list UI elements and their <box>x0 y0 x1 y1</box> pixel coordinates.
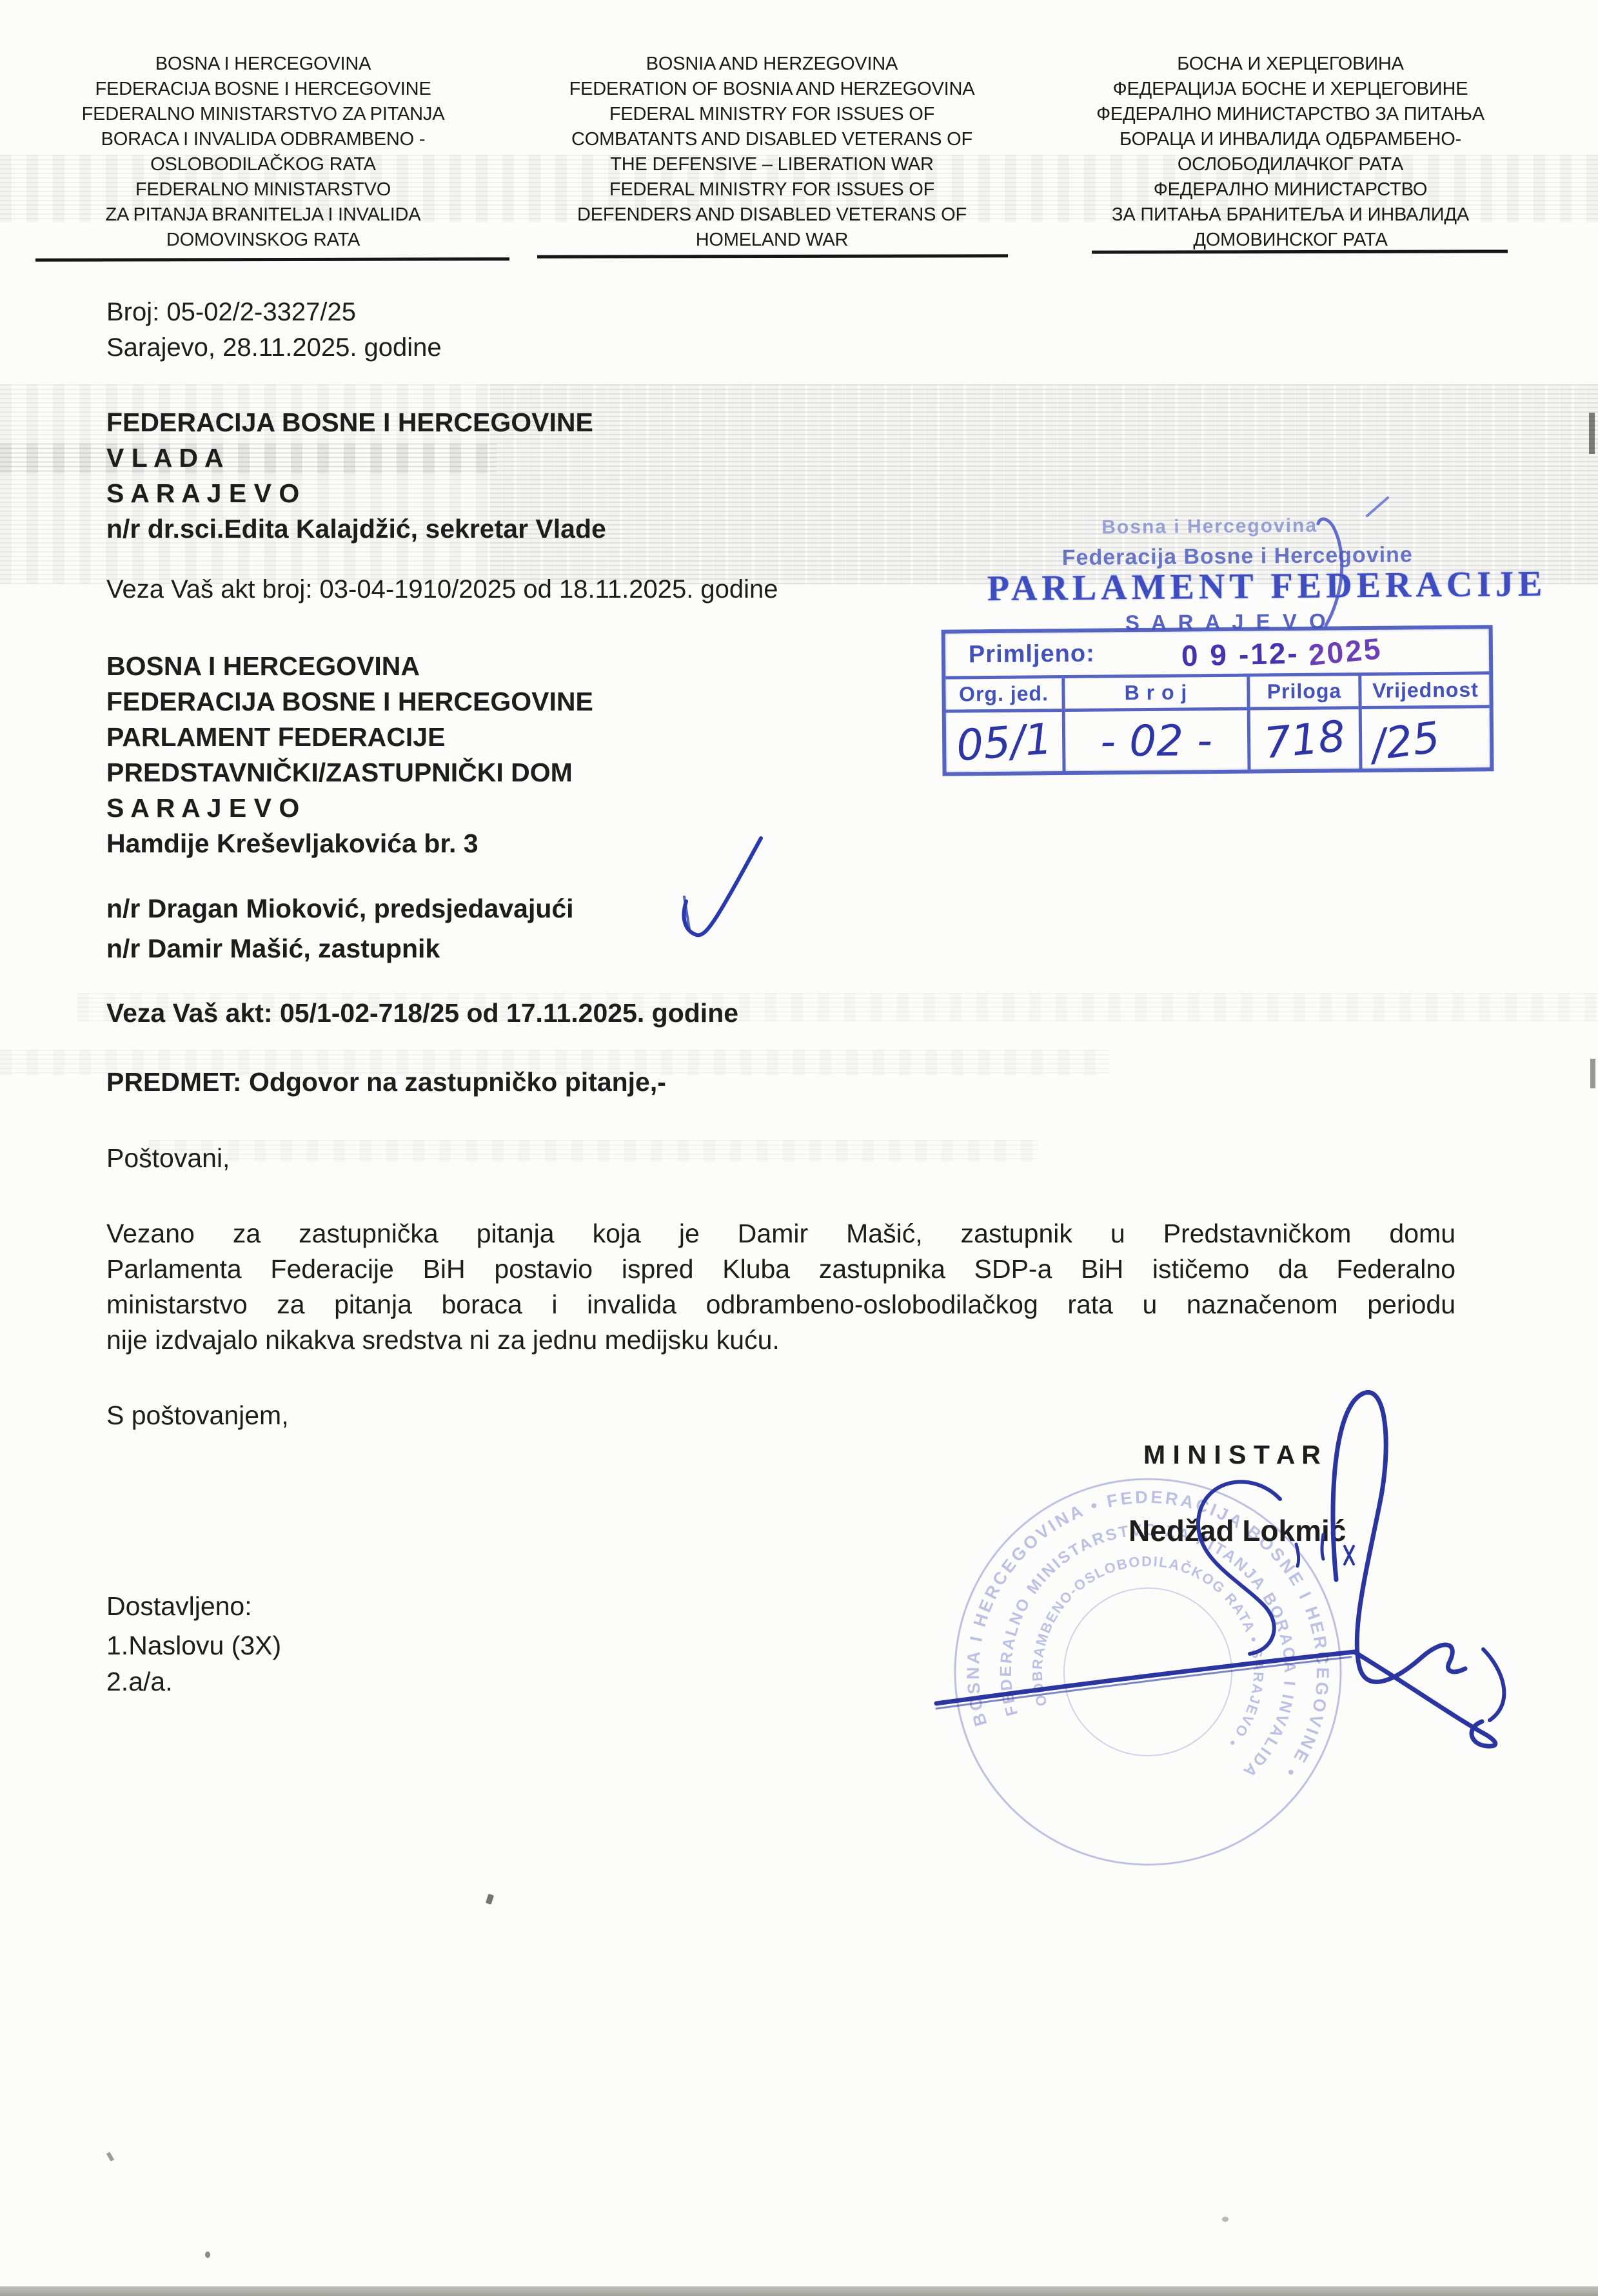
received-stamp-title: PARLAMENT FEDERACIJE <box>987 564 1547 610</box>
text-line: ФЕДЕРАЦИЈА БОСНЕ И ХЕРЦЕГОВИНЕ <box>1063 77 1518 102</box>
pen-mark <box>1303 490 1406 638</box>
letterhead-rule <box>35 257 509 262</box>
scan-noise-band <box>148 1140 1038 1162</box>
text-line: ZA PITANJA BRANITELJA I INVALIDA <box>31 202 495 228</box>
scan-edge-artifact <box>1590 1059 1595 1088</box>
place-and-date: Sarajevo, 28.11.2025. godine <box>106 333 442 362</box>
recipient-parliament-block: BOSNA I HERCEGOVINAFEDERACIJA BOSNE I HE… <box>106 649 593 861</box>
text-line: DOMOVINSKOG RATA <box>31 228 495 253</box>
received-stamp-org-line-1: Bosna i Hercegovina <box>1101 515 1317 539</box>
text-line: FEDERAL MINISTRY FOR ISSUES OF <box>530 177 1014 202</box>
stamp-handwritten-value: 718 <box>1248 705 1361 774</box>
stamp-column-header: B r o j <box>1065 677 1247 712</box>
text-line: V L A D A <box>106 440 606 476</box>
text-line: FEDERACIJA BOSNE I HERCEGOVINE <box>106 405 606 440</box>
scan-noise-band <box>490 384 1598 584</box>
stamp-handwritten-value: /25 <box>1359 701 1493 776</box>
text-line: THE DEFENSIVE – LIBERATION WAR <box>530 152 1014 177</box>
text-line: BOSNA I HERCEGOVINA <box>106 649 593 684</box>
subject-line: PREDMET: Odgovor na zastupničko pitanje,… <box>106 1067 666 1097</box>
reference-note-1: Veza Vaš akt broj: 03-04-1910/2025 od 18… <box>106 575 778 604</box>
pen-checkmark <box>671 824 780 947</box>
text-line: FEDERALNO MINISTARSTVO <box>31 177 495 202</box>
scan-speck <box>1222 2217 1228 2222</box>
text-line: n/r dr.sci.Edita Kalajdžić, sekretar Vla… <box>106 511 606 547</box>
letterhead-column-english: BOSNIA AND HERZEGOVINAFEDERATION OF BOSN… <box>530 52 1014 253</box>
distribution-label: Dostavljeno: <box>106 1591 252 1622</box>
text-line: 2.a/a. <box>106 1663 281 1700</box>
stamp-column-header: Org. jed. <box>945 678 1061 713</box>
received-stamp-date-row: Primljeno: 0 9-12-2025 <box>945 629 1490 679</box>
letterhead-column-bosnian: BOSNA I HERCEGOVINAFEDERACIJA BOSNE I HE… <box>31 52 495 253</box>
body-paragraph: Vezano za zastupnička pitanja koja je Da… <box>106 1216 1455 1358</box>
text-line: Vezano za zastupnička pitanja koja je Da… <box>106 1216 1455 1251</box>
text-line: BOSNIA AND HERZEGOVINA <box>530 52 1014 77</box>
text-line: Parlamenta Federacije BiH postavio ispre… <box>106 1251 1455 1287</box>
text-line: БОСНА И ХЕРЦЕГОВИНА <box>1063 52 1518 77</box>
stamp-column-broj: B r o j - 02 - <box>1065 677 1250 771</box>
received-stamp-table: Primljeno: 0 9-12-2025 Org. jed. 05/1 B … <box>942 625 1494 776</box>
text-line: ФЕДЕРАЛНО МИНИСТАРСТВО <box>1063 177 1518 202</box>
text-line: ДОМОВИНСКОГ РАТА <box>1063 228 1518 253</box>
received-date: 0 9-12-2025 <box>1181 633 1382 673</box>
text-line: S A R A J E V O <box>106 476 606 511</box>
reference-note-2: Veza Vaš akt: 05/1-02-718/25 od 17.11.20… <box>106 998 738 1028</box>
attention-lines: n/r Dragan Mioković, predsjedavajućin/r … <box>106 888 574 968</box>
text-line: DEFENDERS AND DISABLED VETERANS OF <box>530 202 1014 228</box>
received-label: Primljeno: <box>969 640 1095 669</box>
text-line: 1.Naslovu (3X) <box>106 1627 281 1663</box>
text-line: HOMELAND WAR <box>530 228 1014 253</box>
text-line: Hamdije Kreševljakovića br. 3 <box>106 826 593 861</box>
text-line: FEDERALNO MINISTARSTVO ZA PITANJA <box>31 102 495 127</box>
text-line: PREDSTAVNIČKI/ZASTUPNIČKI DOM <box>106 755 593 790</box>
stamp-column-priloga: Priloga 718 <box>1250 676 1362 770</box>
scanned-letter-page: BOSNA I HERCEGOVINAFEDERACIJA BOSNE I HE… <box>0 0 1598 2296</box>
scan-speck <box>486 1894 494 1905</box>
scan-bottom-edge <box>0 2286 1598 2296</box>
stamp-handwritten-value: 05/1 <box>944 708 1065 776</box>
text-line: n/r Dragan Mioković, predsjedavajući <box>106 888 574 928</box>
stamp-column-header: Priloga <box>1250 676 1358 710</box>
text-line: FEDERACIJA BOSNE I HERCEGOVINE <box>106 684 593 720</box>
recipient-government-block: FEDERACIJA BOSNE I HERCEGOVINEV L A D AS… <box>106 405 606 547</box>
stamp-handwritten-value: - 02 - <box>1065 711 1248 771</box>
received-stamp-columns: Org. jed. 05/1 B r o j - 02 - Priloga 71… <box>945 674 1490 772</box>
scan-speck <box>106 2152 114 2161</box>
text-line: BOSNA I HERCEGOVINA <box>31 52 495 77</box>
text-line: OSLOBODILAČKOG RATA <box>31 152 495 177</box>
scan-speck <box>205 2252 210 2258</box>
text-line: БОРАЦА И ИНВАЛИДА ОДБРАМБЕНО- <box>1063 127 1518 152</box>
letterhead-rule <box>537 254 1008 259</box>
salutation: Poštovani, <box>106 1143 230 1173</box>
text-line: FEDERACIJA BOSNE I HERCEGOVINE <box>31 77 495 102</box>
text-line: nije izdvajalo nikakva sredstva ni za je… <box>106 1322 1455 1358</box>
stamp-column-vrijednost: Vrijednost /25 <box>1361 674 1490 769</box>
text-line: BORACA I INVALIDA ODBRAMBENO - <box>31 127 495 152</box>
text-line: S A R A J E V O <box>106 790 593 826</box>
text-line: COMBATANTS AND DISABLED VETERANS OF <box>530 127 1014 152</box>
text-line: PARLAMENT FEDERACIJE <box>106 720 593 755</box>
stamp-column-org-jed: Org. jed. 05/1 <box>945 678 1065 772</box>
received-date-month: -12- <box>1238 635 1299 671</box>
text-line: ЗА ПИТАЊА БРАНИТЕЉА И ИНВАЛИДА <box>1063 202 1518 228</box>
text-line: ministarstvo za pitanja boraca i invalid… <box>106 1287 1455 1322</box>
received-stamp: Bosna i Hercegovina Federacija Bosne i H… <box>940 507 1492 511</box>
text-line: ФЕДЕРАЛНО МИНИСТАРСТВО ЗА ПИТАЊА <box>1063 102 1518 127</box>
letterhead-rule <box>1092 250 1508 253</box>
scan-edge-artifact <box>1589 413 1595 454</box>
text-line: ОСЛОБОДИЛАЧКОГ РАТА <box>1063 152 1518 177</box>
text-line: n/r Damir Mašić, zastupnik <box>106 928 574 968</box>
reference-number: Broj: 05-02/2-3327/25 <box>106 298 356 327</box>
letterhead-column-cyrillic: БОСНА И ХЕРЦЕГОВИНАФЕДЕРАЦИЈА БОСНЕ И ХЕ… <box>1063 52 1518 253</box>
closing-line: S poštovanjem, <box>106 1400 289 1431</box>
received-date-day: 0 9 <box>1181 638 1228 672</box>
text-line: FEDERAL MINISTRY FOR ISSUES OF <box>530 102 1014 127</box>
text-line: FEDERATION OF BOSNIA AND HERZEGOVINA <box>530 77 1014 102</box>
minister-signature <box>903 1367 1548 1780</box>
distribution-items: 1.Naslovu (3X)2.a/a. <box>106 1627 281 1700</box>
